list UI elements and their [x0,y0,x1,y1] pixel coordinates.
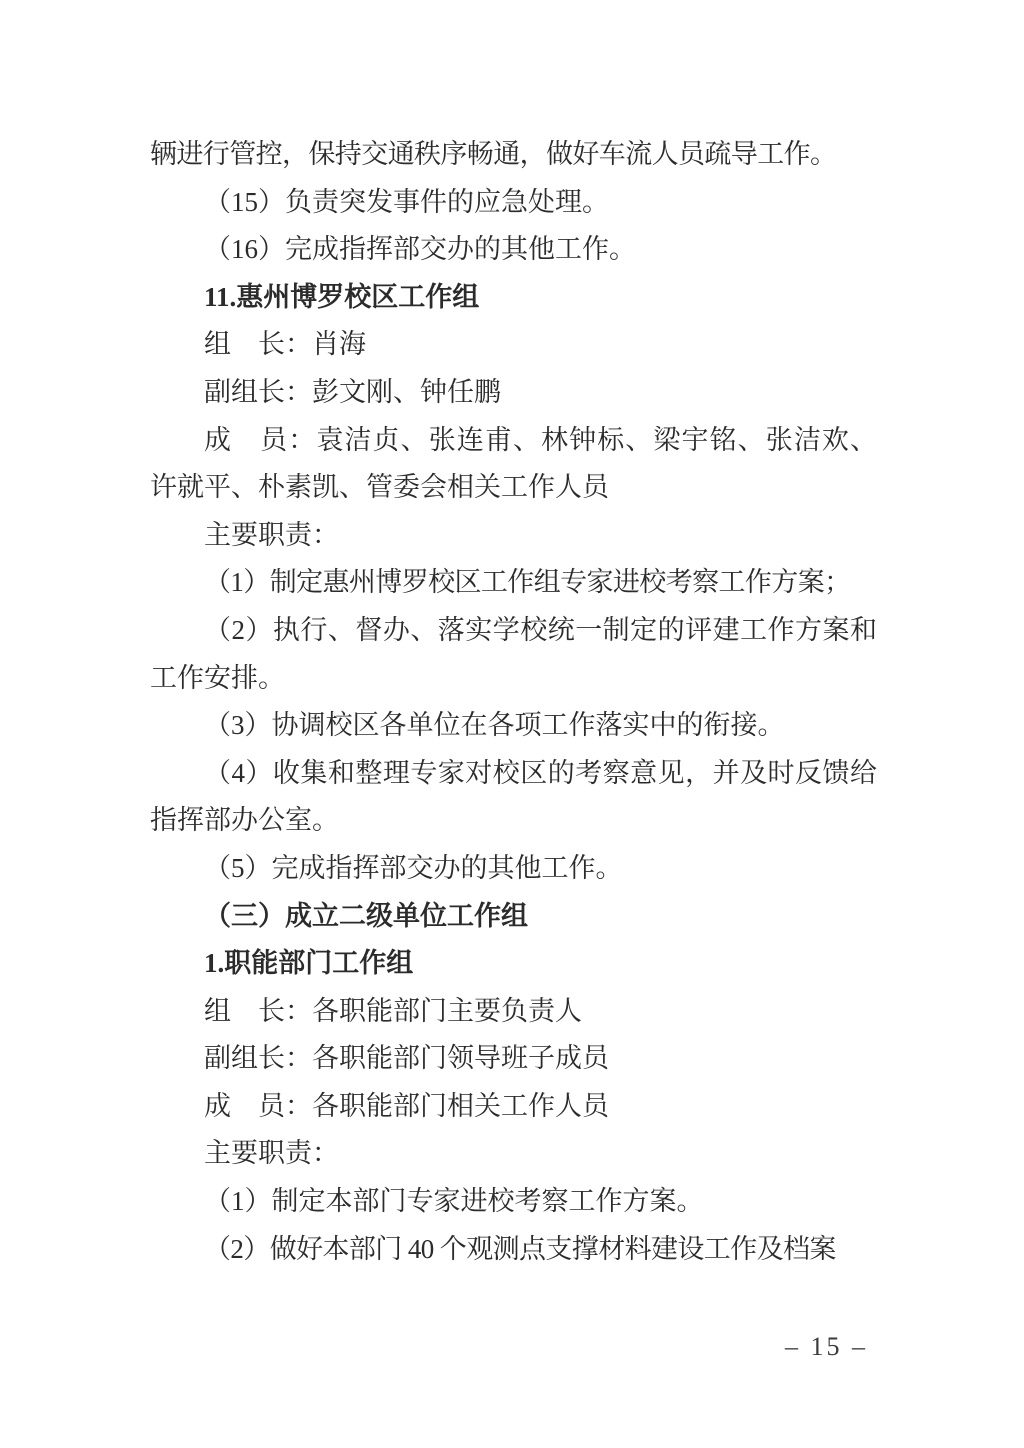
duty2-item-1: （1）制定本部门专家进校考察工作方案。 [150,1178,877,1226]
duty-item-5: （5）完成指挥部交办的其他工作。 [150,845,877,893]
page-number: – 15 – [785,1332,868,1362]
list-item-16: （16）完成指挥部交办的其他工作。 [150,226,877,274]
line-members: 成 员：袁洁贞、张连甫、林钟标、梁宇铭、张洁欢、许就平、朴素凯、管委会相关工作人… [150,417,877,512]
line-group-leader-2: 组 长：各职能部门主要负责人 [150,988,877,1036]
heading-huizhou-boluo-campus-group: 11.惠州博罗校区工作组 [150,274,877,322]
duty-item-2: （2）执行、督办、落实学校统一制定的评建工作方案和工作安排。 [150,607,877,702]
duty2-item-2: （2）做好本部门 40 个观测点支撑材料建设工作及档案 [150,1226,877,1274]
line-group-leader: 组 长：肖海 [150,321,877,369]
heading-section-3-secondary-unit-groups: （三）成立二级单位工作组 [150,893,877,941]
line-deputy-leaders-2: 副组长：各职能部门领导班子成员 [150,1035,877,1083]
duty-item-4: （4）收集和整理专家对校区的考察意见，并及时反馈给指挥部办公室。 [150,750,877,845]
line-main-duties-label-2: 主要职责： [150,1130,877,1178]
duty-item-3: （3）协调校区各单位在各项工作落实中的衔接。 [150,702,877,750]
document-page: 辆进行管控，保持交通秩序畅通，做好车流人员疏导工作。 （15）负责突发事件的应急… [0,0,1024,1448]
document-body: 辆进行管控，保持交通秩序畅通，做好车流人员疏导工作。 （15）负责突发事件的应急… [150,131,877,1273]
list-item-15: （15）负责突发事件的应急处理。 [150,179,877,227]
line-main-duties-label: 主要职责： [150,512,877,560]
line-members-2: 成 员：各职能部门相关工作人员 [150,1083,877,1131]
paragraph-continuation-traffic-control: 辆进行管控，保持交通秩序畅通，做好车流人员疏导工作。 [150,131,877,179]
line-deputy-leaders: 副组长：彭文刚、钟任鹏 [150,369,877,417]
duty-item-1: （1）制定惠州博罗校区工作组专家进校考察工作方案； [150,559,877,607]
heading-functional-department-group: 1.职能部门工作组 [150,940,877,988]
